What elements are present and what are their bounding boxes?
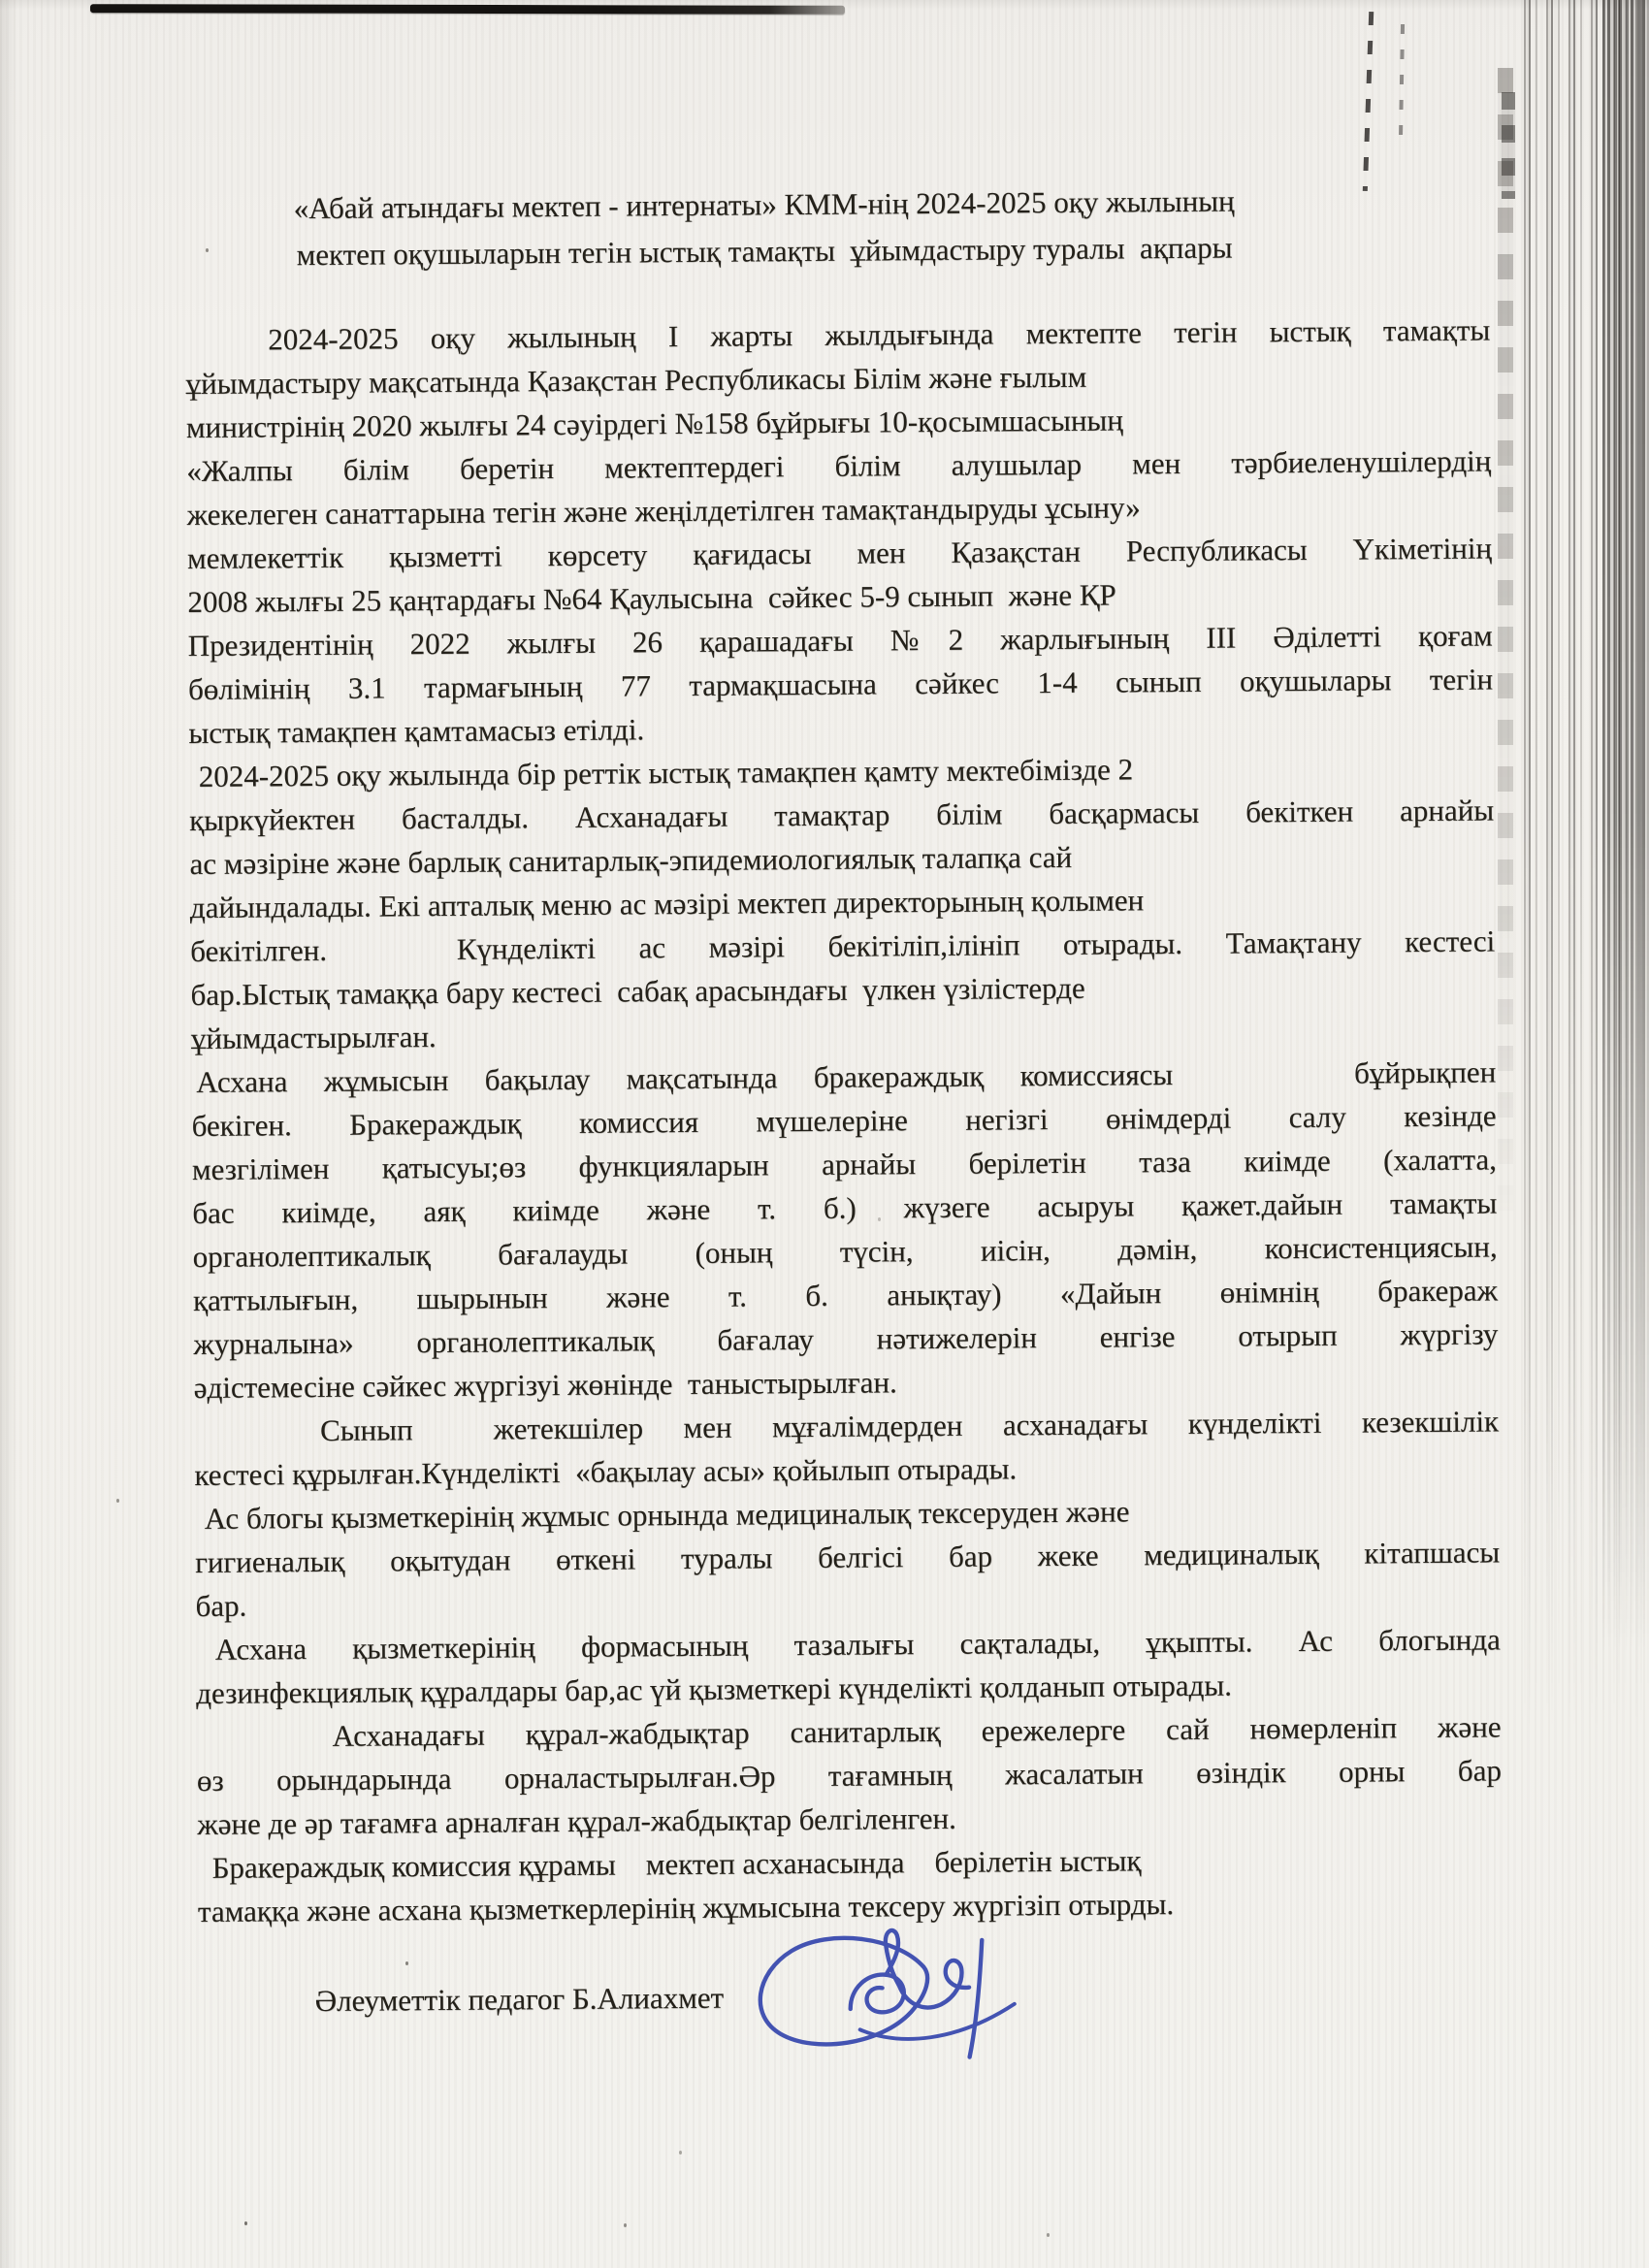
signature-row: Әлеуметтік педагог Б.Алиахмет bbox=[199, 1969, 1503, 2024]
scan-artifact-right-edge-streaks bbox=[1602, 0, 1649, 1649]
document-body: 2024-2025 оқу жылының I жарты жылдығында… bbox=[185, 308, 1503, 1933]
scan-artifact-dashes-top-right bbox=[1363, 12, 1374, 191]
scan-artifact-right-streaks bbox=[1521, 0, 1649, 1727]
document-title: «Абай атындағы мектеп - интернаты» КММ-н… bbox=[184, 176, 1490, 279]
document-content: «Абай атындағы мектеп - интернаты» КММ-н… bbox=[184, 176, 1503, 2024]
scanned-document-page: «Абай атындағы мектеп - интернаты» КММ-н… bbox=[0, 0, 1649, 2268]
scan-artifact-smudge-top-right bbox=[1502, 92, 1515, 199]
signature-role-name: Әлеуметтік педагог Б.Алиахмет bbox=[315, 1981, 725, 2018]
scan-artifact-right-inner-streak bbox=[1498, 68, 1513, 1232]
scan-artifact-specks bbox=[0, 0, 3, 4]
document-title-line: мектеп оқушыларын тегін ыстық тамақты ұй… bbox=[184, 224, 1343, 279]
handwritten-signature-icon bbox=[736, 1917, 1062, 2090]
scan-artifact-top-bar bbox=[90, 4, 845, 15]
scan-artifact-dashes-top-right-2 bbox=[1399, 24, 1405, 141]
